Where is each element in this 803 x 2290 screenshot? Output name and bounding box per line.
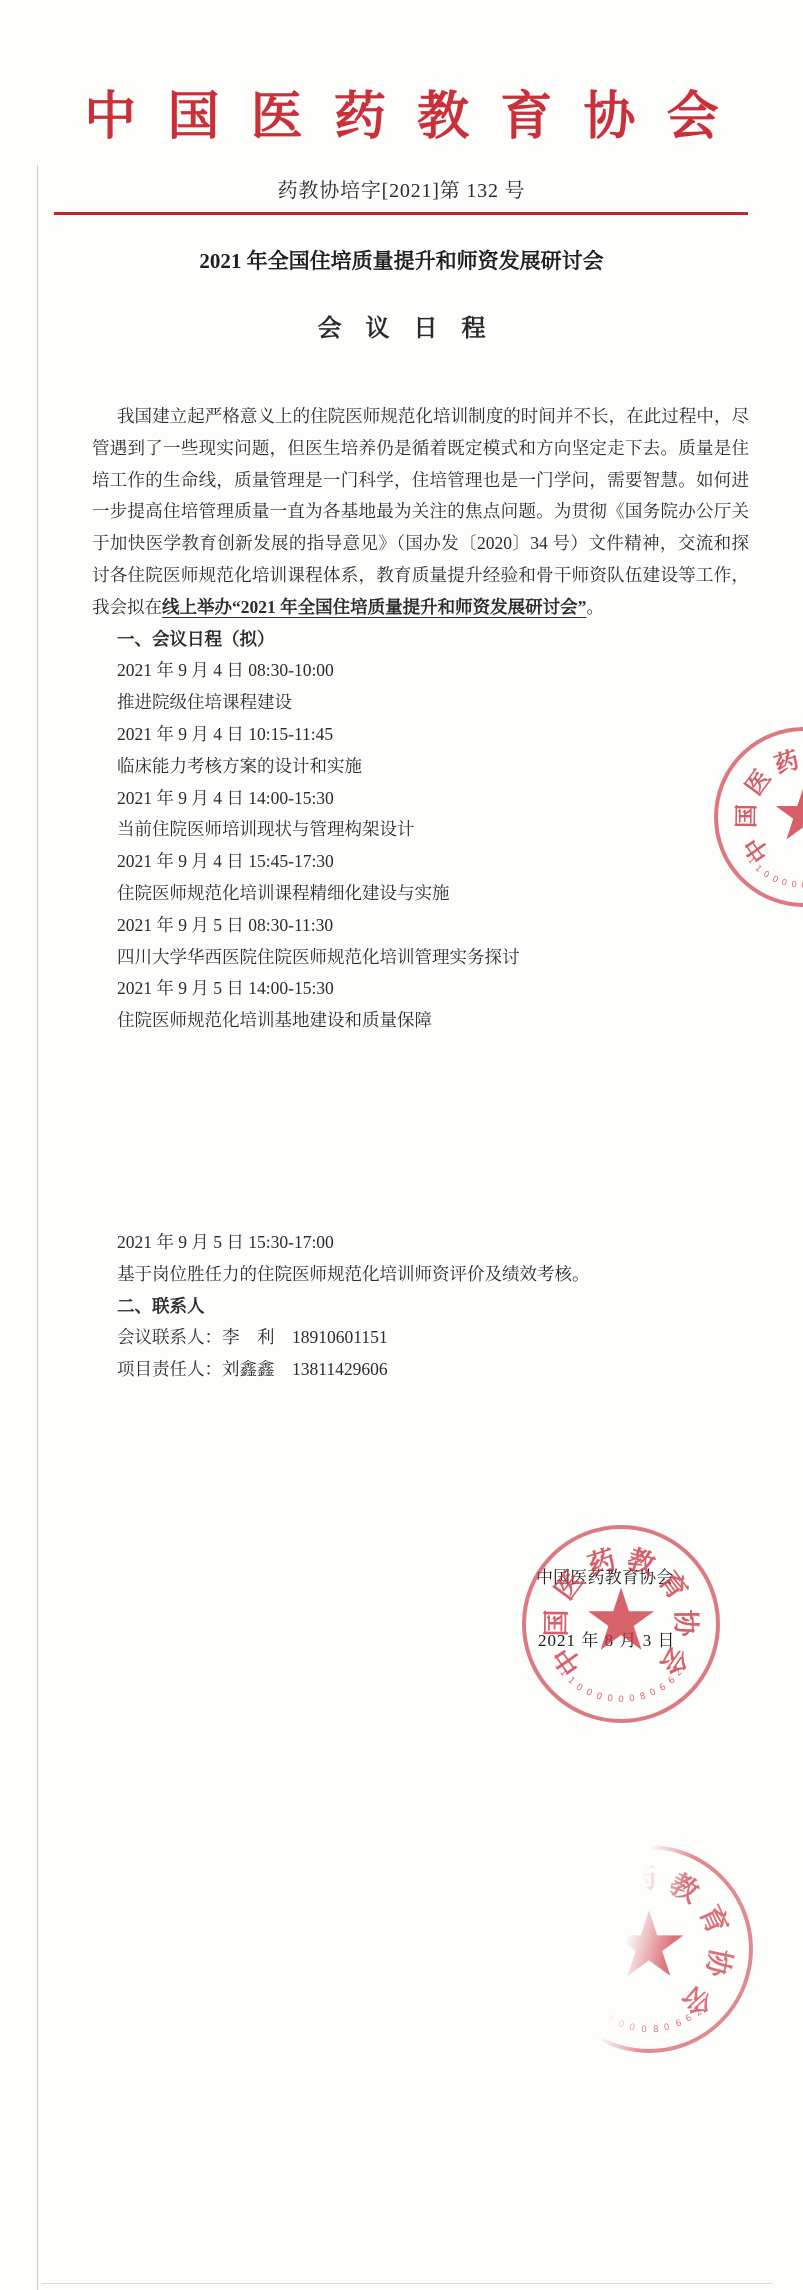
signature-org-name: 中国医药教育协会	[536, 1563, 673, 1588]
agenda-line: 住院医师规范化培训基地建设和质量保障	[92, 1005, 749, 1037]
document-title: 2021 年全国住培质量提升和师资发展研讨会	[0, 245, 803, 275]
agenda-line: 当前住院医师培训现状与管理构架设计	[92, 814, 749, 846]
official-seal-signature: 中国医药教育协会 1100000080662 ★	[522, 1525, 720, 1723]
contact-line: 会议联系人：李 利 18910601151	[92, 1322, 749, 1354]
agenda-line: 2021 年 9 月 4 日 15:45-17:30	[92, 846, 749, 878]
org-name-header: 中国医药教育协会	[0, 74, 803, 149]
agenda-line: 2021 年 9 月 5 日 14:00-15:30	[92, 973, 749, 1005]
official-seal-bottom: 中国医药教育协会 1100000080662 ★	[545, 1845, 753, 2053]
agenda-line: 四川大学华西医院住院医师规范化培训管理实务探讨	[92, 942, 749, 974]
emphasized-meeting-name: 线上举办“2021 年全国住培质量提升和师资发展研讨会”	[162, 597, 586, 617]
doc-number: 药教协培字[2021]第 132 号	[0, 174, 803, 203]
contact-line: 项目责任人：刘鑫鑫 13811429606	[92, 1354, 749, 1386]
signature-date: 2021 年 8 月 3 日	[538, 1626, 676, 1651]
document-subtitle: 会议日程	[0, 308, 803, 343]
agenda-line: 住院医师规范化培训课程精细化建设与实施	[92, 878, 749, 910]
agenda-line: 2021 年 9 月 5 日 08:30-11:30	[92, 910, 749, 942]
red-divider-line	[54, 212, 748, 215]
star-icon: ★	[609, 1900, 690, 1990]
agenda-line: 2021 年 9 月 4 日 10:15-11:45	[92, 719, 749, 751]
agenda-line: 2021 年 9 月 4 日 14:00-15:30	[92, 783, 749, 815]
section-heading-contacts: 二、联系人	[92, 1291, 749, 1323]
paragraph-text: 我国建立起严格意义上的住院医师规范化培训制度的时间并不长，在此过程中，尽管遇到了…	[92, 406, 749, 617]
agenda-line: 基于岗位胜任力的住院医师规范化培训师资评价及绩效考核。	[92, 1259, 749, 1291]
opening-paragraph: 我国建立起严格意义上的住院医师规范化培训制度的时间并不长，在此过程中，尽管遇到了…	[92, 401, 749, 624]
paragraph-end: 。	[586, 597, 604, 617]
agenda-line: 2021 年 9 月 4 日 08:30-10:00	[92, 655, 749, 687]
section-heading-agenda: 一、会议日程（拟）	[92, 624, 749, 656]
document-body: 我国建立起严格意义上的住院医师规范化培训制度的时间并不长，在此过程中，尽管遇到了…	[92, 401, 749, 1386]
page-break-gap	[92, 1037, 749, 1227]
document-page: 中国医药教育协会 药教协培字[2021]第 132 号 2021 年全国住培质量…	[0, 0, 803, 2290]
scan-edge-line	[42, 2283, 772, 2284]
agenda-line: 推进院级住培课程建设	[92, 687, 749, 719]
scan-edge-line	[37, 165, 38, 2290]
star-icon: ★	[771, 777, 803, 851]
agenda-line: 临床能力考核方案的设计和实施	[92, 751, 749, 783]
agenda-line: 2021 年 9 月 5 日 15:30-17:00	[92, 1227, 749, 1259]
